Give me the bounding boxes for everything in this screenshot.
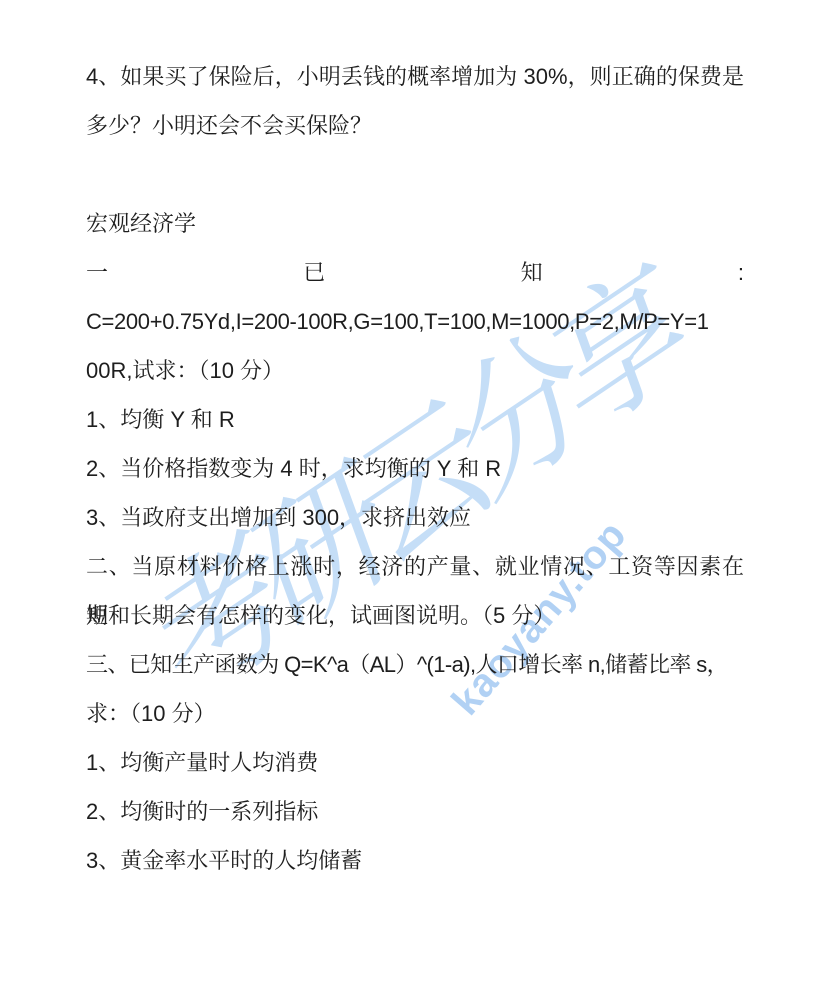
text-line: 4、如果买了保险后，小明丢钱的概率增加为 30%，则正确的保费是 — [86, 52, 744, 101]
spread-char: : — [738, 248, 744, 297]
text-line: 2、均衡时的一系列指标 — [86, 787, 744, 836]
document-content: 4、如果买了保险后，小明丢钱的概率增加为 30%，则正确的保费是多少？小明还会不… — [86, 52, 744, 885]
text-line: 求：（10 分） — [86, 689, 744, 738]
spread-char: 已 — [303, 248, 325, 297]
text-line: 期和长期会有怎样的变化，试画图说明。（5 分） — [86, 591, 744, 640]
spread-char: 知 — [521, 248, 543, 297]
text-line: 二、当原材料价格上涨时，经济的产量、就业情况、工资等因素在短 — [86, 542, 744, 591]
text-line: C=200+0.75Yd,I=200-100R,G=100,T=100,M=10… — [86, 297, 744, 346]
text-line: 3、黄金率水平时的人均储蓄 — [86, 836, 744, 885]
text-line: 多少？小明还会不会买保险？ — [86, 101, 744, 150]
text-line: 1、均衡 Y 和 R — [86, 395, 744, 444]
blank-line — [86, 150, 744, 199]
text-line: 1、均衡产量时人均消费 — [86, 738, 744, 787]
text-line: 三、已知生产函数为 Q=K^a（AL）^(1-a),人口增长率 n,储蓄比率 s… — [86, 640, 744, 689]
spread-char: 一 — [86, 248, 108, 297]
document-page: 考研云分享 kaoyany.top 4、如果买了保险后，小明丢钱的概率增加为 3… — [0, 0, 835, 995]
justified-known-line: 一已知: — [86, 248, 744, 297]
section-heading: 宏观经济学 — [86, 199, 744, 248]
text-line: 2、当价格指数变为 4 时，求均衡的 Y 和 R — [86, 444, 744, 493]
text-line: 00R,试求：（10 分） — [86, 346, 744, 395]
text-line: 3、当政府支出增加到 300，求挤出效应 — [86, 493, 744, 542]
